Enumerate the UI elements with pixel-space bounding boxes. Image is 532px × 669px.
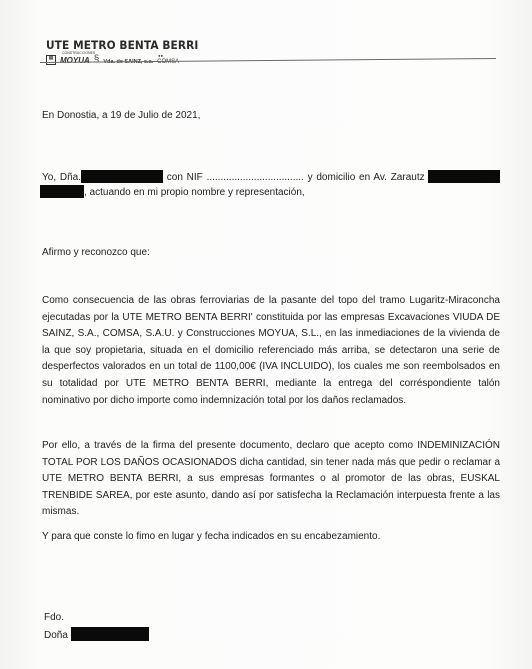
signature-line: Doña xyxy=(44,627,149,644)
redacted-address xyxy=(428,170,500,183)
paragraph-acceptance: Por ello, a través de la firma del prese… xyxy=(42,438,500,521)
moyua-logo: CONSTRUCCIONESMOYUA xyxy=(60,56,90,65)
date-line: En Donostia, a 19 de Julio de 2021, xyxy=(42,108,200,124)
redacted-name xyxy=(81,170,163,183)
signature-fdo: Fdo. xyxy=(44,610,64,626)
redacted-signature-name xyxy=(71,627,149,641)
paragraph-closing: Y para que conste lo fimo en lugar y fec… xyxy=(42,529,500,546)
signature-dona: Doña xyxy=(44,630,68,641)
identity-prefix: Yo, Dña. xyxy=(42,172,81,183)
construction-logo-icon: ▦ xyxy=(46,55,56,65)
identity-line-2: , actuando en mi propio nombre y represe… xyxy=(40,185,305,201)
affirm-line: Afirmo y reconozco que: xyxy=(42,245,150,261)
letterhead-logos: ▦ CONSTRUCCIONESMOYUA § Vda. de SAINZ, s… xyxy=(46,53,212,65)
identity-line-1: Yo, Dña. con NIF .......................… xyxy=(42,170,500,186)
document-page: UTE METRO BENTA BERRI ▦ CONSTRUCCIONESMO… xyxy=(0,0,532,669)
sainz-logo-icon: § xyxy=(94,55,100,65)
redacted-address-continued xyxy=(40,185,84,198)
identity-continuation: , actuando en mi propio nombre y represe… xyxy=(84,187,305,198)
identity-nif-address: con NIF ................................… xyxy=(167,172,425,183)
paragraph-damages: Como consecuencia de las obras ferroviar… xyxy=(42,293,500,409)
letterhead-title: UTE METRO BENTA BERRI xyxy=(46,38,198,52)
